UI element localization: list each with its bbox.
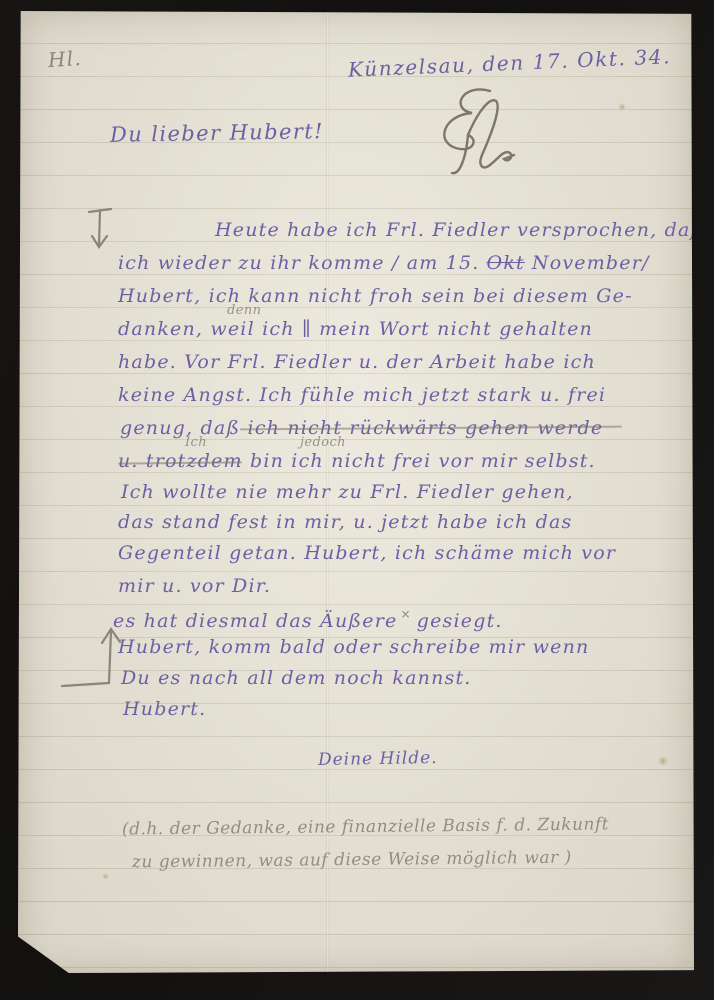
salutation: Du lieber Hubert!	[110, 121, 324, 146]
letter-line-06: keine Angst. Ich fühle mich jetzt stark …	[118, 386, 606, 405]
pencil-correction-denn: denn	[227, 304, 261, 317]
struck-word: Okt	[487, 252, 525, 274]
paper-stain	[618, 103, 626, 111]
line-02-text: ich wieder zu ihr komme / am 15.	[118, 252, 480, 274]
letter-line-04: danken, weil ich ∥ mein Wort nicht gehal…	[118, 320, 593, 339]
dateline: Künzelsau, den 17. Okt. 34.	[348, 46, 672, 80]
archivist-note-line-2: zu gewinnen, was auf diese Weise möglich…	[132, 850, 572, 872]
letter-line-14: Hubert, komm bald oder schreibe mir wenn	[118, 638, 589, 657]
letter-line-01: Heute habe ich Frl. Fiedler versprochen,…	[215, 221, 704, 240]
letter-line-03: Hubert, ich kann nicht froh sein bei die…	[118, 287, 633, 306]
line-02-text-end: November/	[532, 252, 650, 274]
scanned-letter: Hl. Künzelsau, den 17. Okt. 34. Du liebe…	[0, 0, 714, 1000]
pencil-correction-ich: Ich	[185, 436, 207, 449]
letter-line-11: Gegenteil getan. Hubert, ich schäme mich…	[118, 544, 616, 563]
pencil-down-arrow-icon	[84, 207, 120, 257]
archival-mark: Hl.	[47, 48, 82, 70]
archivist-note-line-1: (d.h. der Gedanke, eine finanzielle Basi…	[122, 816, 609, 838]
letter-line-10: das stand fest in mir, u. jetzt habe ich…	[118, 513, 572, 532]
paper-stain	[658, 756, 668, 766]
pencil-up-arrow-icon	[58, 625, 142, 703]
letter-line-12: mir u. vor Dir.	[118, 577, 271, 596]
pencil-x-mark: ×	[400, 607, 411, 621]
line-13-text-end: gesiegt.	[417, 610, 503, 632]
letter-line-05: habe. Vor Frl. Fiedler u. der Arbeit hab…	[118, 353, 596, 372]
line-13-text: es hat diesmal das Äußere	[113, 610, 397, 632]
pencil-correction-jedoch: jedoch	[300, 436, 346, 449]
signature: Deine Hilde.	[318, 750, 438, 769]
paper-stain	[102, 873, 109, 880]
letter-paper: Hl. Künzelsau, den 17. Okt. 34. Du liebe…	[18, 11, 694, 973]
letter-line-02: ich wieder zu ihr komme / am 15.OktNovem…	[118, 254, 650, 273]
letter-line-09: Ich wollte nie mehr zu Frl. Fiedler gehe…	[121, 483, 574, 502]
letter-line-15: Du es nach all dem noch kannst.	[121, 669, 472, 688]
monogram-pencil-mark	[426, 85, 530, 185]
letter-line-13: es hat diesmal das Äußere×gesiegt.	[113, 608, 503, 631]
